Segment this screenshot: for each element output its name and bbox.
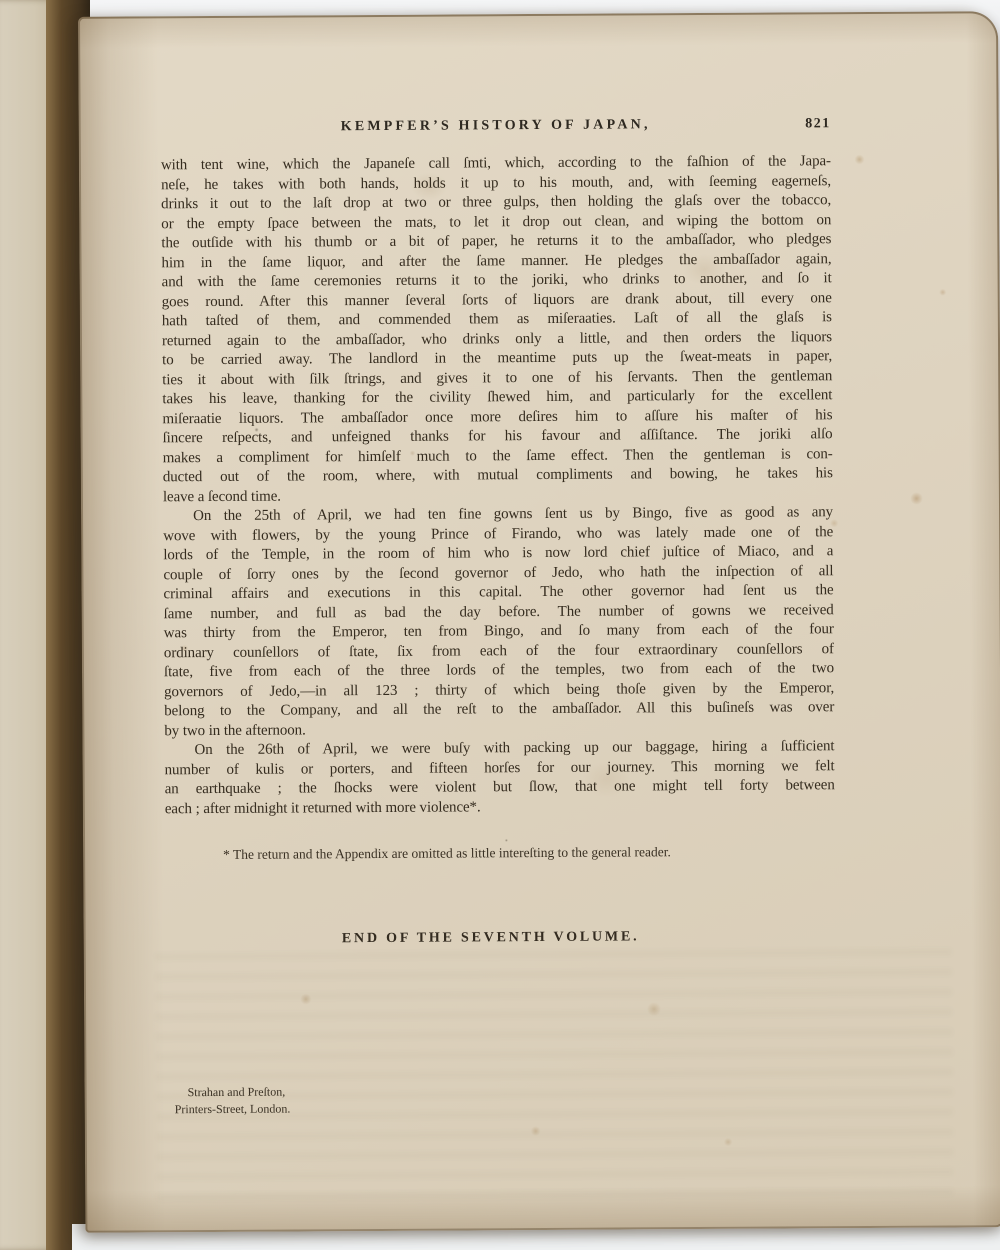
paragraph: On the 25th of April, we had ten fine go… bbox=[163, 503, 834, 741]
body-text: with tent wine, which the Japaneſe call … bbox=[161, 152, 835, 819]
paragraph: with tent wine, which the Japaneſe call … bbox=[161, 152, 833, 507]
running-title: KEMPFER’S HISTORY OF JAPAN, bbox=[341, 117, 651, 135]
text-line: each ; after midnight it returned with m… bbox=[165, 796, 835, 820]
running-header: KEMPFER’S HISTORY OF JAPAN, 821 bbox=[161, 116, 831, 140]
page-content: KEMPFER’S HISTORY OF JAPAN, 821 with ten… bbox=[160, 14, 830, 18]
end-of-volume-line: END OF THE SEVENTH VOLUME. bbox=[166, 928, 816, 948]
footnote: * The return and the Appendix are omitte… bbox=[165, 843, 835, 863]
book-page: KEMPFER’S HISTORY OF JAPAN, 821 with ten… bbox=[78, 11, 1000, 1233]
imprint-line: Printers-Street, London. bbox=[175, 1101, 291, 1119]
text-line: belong to the Company, and all the reſt … bbox=[164, 698, 834, 722]
ink-bleed-through bbox=[156, 948, 954, 1203]
text-line: an earthquake ; the ſhocks were violent … bbox=[165, 776, 835, 800]
printer-imprint: Strahan and Preſton, Printers-Street, Lo… bbox=[175, 1084, 291, 1119]
photo-background: KEMPFER’S HISTORY OF JAPAN, 821 with ten… bbox=[0, 0, 1000, 1250]
text-line: ducted out of the room, where, with mutu… bbox=[163, 464, 833, 488]
imprint-line: Strahan and Preſton, bbox=[175, 1084, 291, 1102]
page-number: 821 bbox=[805, 116, 831, 132]
paragraph: On the 26th of April, we were buſy with … bbox=[164, 737, 834, 819]
